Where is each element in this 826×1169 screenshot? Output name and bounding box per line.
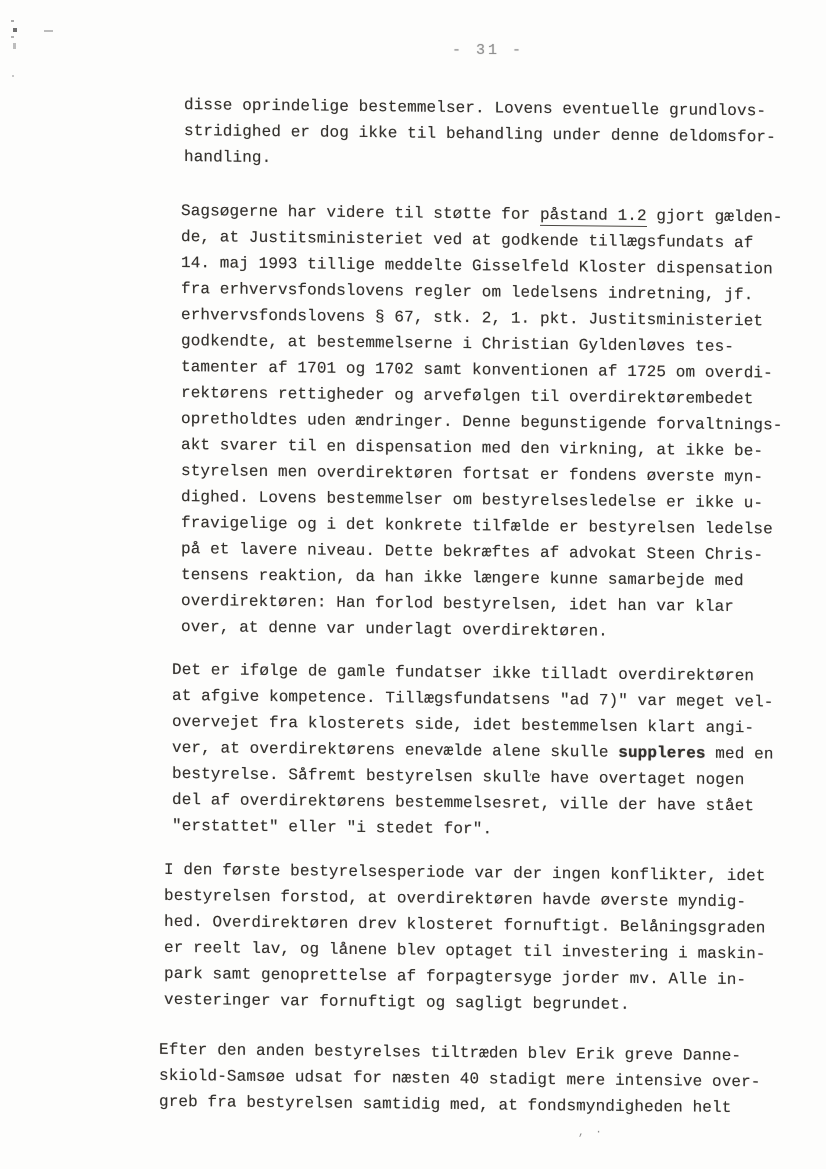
paragraph: Sagsøgerne har videre til støtte for pås… xyxy=(181,198,783,647)
text-segment: Sagsøgerne har videre til støtte for xyxy=(181,202,540,224)
text-segment: akt svarer til en dispensation med den v… xyxy=(181,436,763,460)
document-body: disse oprindelige bestemmelser. Lovens e… xyxy=(0,0,826,1169)
text-segment: på et lavere niveau. Dette bekræftes af … xyxy=(181,540,763,564)
text-segment: handling. xyxy=(184,148,271,167)
paragraph: disse oprindelige bestemmelser. Lovens e… xyxy=(184,92,776,176)
text-segment: styrelsen men overdirektøren fortsat er … xyxy=(181,462,763,486)
text-segment: de, at Justitsministeriet ved at godkend… xyxy=(181,228,753,252)
paragraph: Efter den anden bestyrelses tiltræden bl… xyxy=(159,1037,761,1122)
document-page: - 31 - disse oprindelige bestemmelser. L… xyxy=(0,0,826,1169)
text-segment: tensens reaktion, da han ikke længere ku… xyxy=(181,566,744,590)
paragraph: Det er ifølge de gamle fundatser ikke ti… xyxy=(172,657,774,846)
text-segment: Det er ifølge de gamle fundatser ikke ti… xyxy=(172,661,754,685)
text-segment: overdirektøren: Han forlod bestyrelsen, … xyxy=(181,592,734,616)
scan-artifact-mark: , · xyxy=(578,1127,604,1139)
text-segment: tamenter af 1701 og 1702 samt konvention… xyxy=(181,358,773,382)
text-segment: I den første bestyrelsesperiode var der … xyxy=(164,861,766,886)
text-segment: overvejet fra klosterets side, idet best… xyxy=(172,713,754,737)
text-segment: greb fra bestyrelsen samtidig med, at fo… xyxy=(159,1093,731,1117)
text-segment: park samt genoprettelse af forpagtersyge… xyxy=(164,965,746,989)
text-segment: bestyrelse. Såfremt bestyrelsen skulle h… xyxy=(172,765,744,789)
text-segment: at afgive kompetence. Tillægsfundatsens … xyxy=(172,687,774,712)
text-segment: del af overdirektørens bestemmelsesret, … xyxy=(172,791,754,815)
underlined-text: påstand 1.2 xyxy=(540,206,647,227)
bold-text: suppleres xyxy=(618,744,705,763)
text-segment: "erstattet" eller "i stedet for". xyxy=(172,817,492,838)
text-segment: bestyrelsen forstod, at overdirektøren h… xyxy=(164,887,746,911)
text-segment: dighed. Lovens bestemmelser om bestyrels… xyxy=(181,488,763,512)
text-segment: vesteringer var fornuftigt og sagligt be… xyxy=(164,991,630,1014)
text-segment: Efter den anden bestyrelses tiltræden bl… xyxy=(159,1041,741,1065)
text-segment: gjort gælden- xyxy=(647,207,783,226)
text-segment: stridighed er dog ikke til behandling un… xyxy=(184,122,776,146)
text-segment: erhvervsfondslovens § 67, stk. 2, 1. pkt… xyxy=(181,306,763,330)
text-segment: ver, at overdirektørens enevælde alene s… xyxy=(172,739,618,762)
text-segment: fravigelige og i det konkrete tilfælde e… xyxy=(181,514,773,538)
text-segment: med en xyxy=(706,745,774,764)
text-segment: fra erhvervsfondslovens regler om ledels… xyxy=(181,280,753,304)
text-segment: rektørens rettigheder og arvefølgen til … xyxy=(181,384,753,408)
paragraph: I den første bestyrelsesperiode var der … xyxy=(164,857,766,1020)
text-segment: over, at denne var underlagt overdirektø… xyxy=(181,618,608,641)
scan-artifact-mark: -, xyxy=(524,768,533,778)
text-segment: skiold-Samsøe udsat for næsten 40 stadig… xyxy=(159,1067,761,1092)
text-line: greb fra bestyrelsen samtidig med, at fo… xyxy=(159,1089,761,1122)
text-segment: 14. maj 1993 tillige meddelte Gisselfeld… xyxy=(181,254,773,278)
text-segment: hed. Overdirektøren drev klosteret fornu… xyxy=(164,913,766,938)
text-segment: er reelt lav, og lånene blev optaget til… xyxy=(164,939,766,964)
text-segment: opretholdtes uden ændringer. Denne begun… xyxy=(181,410,783,435)
text-segment: godkendte, at bestemmelserne i Christian… xyxy=(181,332,734,356)
text-segment: disse oprindelige bestemmelser. Lovens e… xyxy=(184,96,766,120)
